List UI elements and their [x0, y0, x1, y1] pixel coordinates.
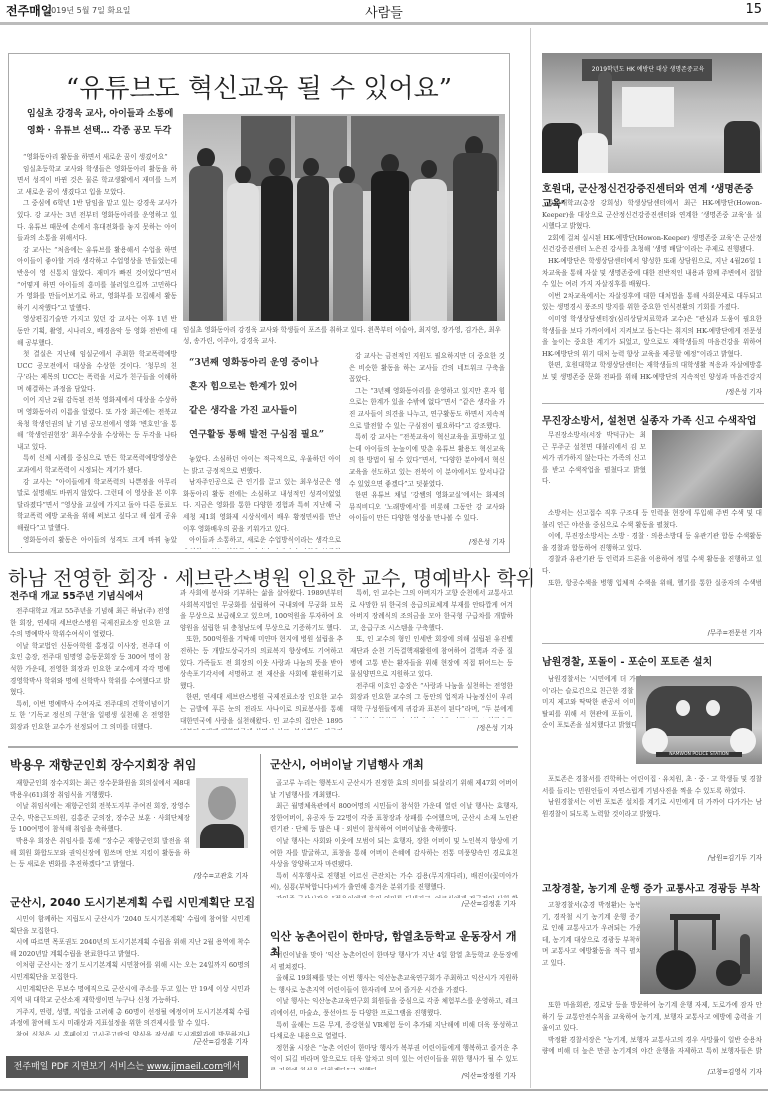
column-divider [260, 754, 261, 1089]
lead-subhead-1: 임실초 강경욱 교사, 아이들과 소통에 [27, 106, 177, 123]
brief-iksan-byline: /익산=장정원 기자 [270, 1070, 516, 1080]
group-photo [183, 114, 505, 321]
right-story3-byline: /남원=김기두 기자 [542, 852, 762, 862]
second-subhead: 전주대 개교 55주년 기념식에서 [10, 588, 170, 605]
brief-parents-headline: 군산시, 어버이날 기념행사 개최 [270, 756, 520, 772]
lead-photo-caption: 임실초 영화동아리 강경욱 교사와 학생들이 포즈를 취하고 있다. 왼쪽부터 … [183, 325, 505, 347]
brief-plan-byline: /군산=김정훈 기자 [10, 1036, 248, 1046]
brief-parents-body: 골고루 누리는 행복도시 군산시가 진정한 효의 의미를 되살리기 위해 제47… [270, 778, 518, 898]
second-col2: 과 사회에 봉사와 기부하는 삶을 살아왔다. 1989년부터 사회복지법인 무… [180, 588, 343, 730]
bottom-rule [0, 1089, 768, 1091]
pdf-service-banner: 전주매일 PDF 지면보기 서비스는 www.jjmaeil.com에서 [6, 1056, 248, 1078]
section-divider [8, 746, 518, 748]
right-story2-body-narrow: 무진장소방서(서장 박덕규)는 최근 무주군 설천면 대불리에서 김 모씨가 귀… [542, 430, 646, 506]
right-story4-body: 또한 마을회관, 경로당 등을 방문하여 농기계 운행 자제, 도로가에 잠자 … [542, 1000, 762, 1058]
second-headline: 하남 전영한 회장 · 세브란스병원 인요한 교수, 명예박사 학위 [8, 562, 523, 591]
page-number: 15 [745, 2, 762, 17]
brief-park-byline: /장수=고관호 기자 [10, 870, 248, 880]
section-title: 사람들 [6, 2, 762, 21]
lead-headline: “유튜브도 혁신교육 될 수 있어요” [9, 68, 509, 105]
second-col3: 특히, 인 교수는 그의 아버지가 고향 순천에서 교통사고로 사망한 뒤 한국… [350, 588, 513, 718]
second-byline: /정은성 기자 [350, 722, 513, 732]
right-story4-byline: /고창=김영식 기자 [542, 1066, 762, 1076]
lead-col3: 강 교사는 금전적인 지원도 필요하지만 더 중요한 것은 비슷한 활동을 하는… [349, 351, 505, 531]
right-column-divider [530, 28, 531, 1088]
right-story3-body: 포토존은 경찰서를 견학하는 어린이집 · 유치원, 초 · 중 · 고 학생들… [542, 774, 762, 840]
right-story1-body: 호원대학교(총장 강희성) 학생상담센터에서 최근 HK-예방단(Howon-K… [542, 198, 762, 384]
right-story4-body-narrow: 고창경찰서(총경 박정환)는 농번기, 경작철 시기 농기계 운행 증가로 인해… [542, 900, 642, 1000]
right-divider-1 [542, 403, 764, 404]
lead-subheads: 임실초 강경욱 교사, 아이들과 소통에 영화 · 유튜브 선택… 각종 공모 … [27, 106, 177, 140]
lead-col2: 놓았다. 소심하던 아이는 적극적으로, 우울하던 아이는 밝고 긍정적으로 변… [183, 454, 341, 549]
right-story3-body-narrow: 남원경찰서는 ‘시민에게 더 가까이’라는 슬로건으로 친근한 경찰 이미지 제… [542, 674, 642, 774]
brief-parents-byline: /군산=김정훈 기자 [270, 898, 516, 908]
park-portrait-photo [196, 778, 248, 848]
search-area-photo [652, 430, 762, 508]
lead-subhead-2: 영화 · 유튜브 선택… 각종 공모 두각 [27, 123, 177, 140]
website-link[interactable]: www.jjmaeil.com [147, 1062, 223, 1072]
right-story2-headline: 무진장소방서, 설천면 실종자 가족 신고 수색작업 [542, 412, 766, 427]
right-story2-body: 소방서는 신고접수 직후 구조대 등 인력을 현장에 투입해 주변 수색 및 대… [542, 508, 762, 586]
brief-plan-body: 시민이 함께하는 지립도시 군산시가 ‘2040 도시기본계획’ 수립에 참여할… [10, 914, 250, 1036]
lead-story: “유튜브도 혁신교육 될 수 있어요” 임실초 강경욱 교사, 아이들과 소통에… [8, 53, 510, 553]
lead-pullquote: “3년째 영화동아리 운영 중이나 혼자 힘으로는 한계가 있어 같은 생각을 … [189, 351, 349, 447]
masthead: 전주매일 2019년 5월 7일 화요일 사람들 15 [6, 2, 762, 22]
right-story1-byline: /정은성 기자 [542, 386, 762, 396]
second-col1: 전주대학교 개교 55주년을 기념해 최근 하남(주) 전영한 회장, 연세대 … [10, 606, 170, 730]
brief-park-headline: 박용우 재향군인회 장수지회장 취임 [10, 756, 260, 773]
brief-iksan-body: 어린이날을 맞아 ‘익산 농촌어린이 한마당 행사’가 지난 4일 함열 초등학… [270, 950, 518, 1070]
right-story4-headline: 고창경찰, 농기계 운행 증가 교통사고 경광등 부착 [542, 880, 766, 895]
right-story2-byline: /무주=전문선 기자 [542, 627, 762, 637]
police-station-label: NAMWON POLICE STATION [656, 752, 742, 757]
right-divider-2 [542, 643, 764, 644]
brief-plan-headline: 군산시, 2040 도시기본계획 수립 시민계획단 모집 [10, 894, 260, 910]
education-session-photo: 2019학년도 HK 예방단 대상 생명존중교육 [542, 53, 762, 173]
lead-col1: “영화동아리 활동을 하면서 새로운 꿈이 생겼어요” 임실초등학교 교사와 학… [17, 152, 177, 548]
right-story3-headline: 남원경찰, 포돌이 - 포순이 포토존 설치 [542, 653, 766, 668]
police-photozone-photo: NAMWON POLICE STATION [636, 676, 762, 764]
lead-byline: /정은성 기자 [349, 536, 505, 546]
masthead-rule [0, 22, 768, 25]
tractor-photo [640, 896, 762, 994]
brief-park-body: 재향군인회 장수지회는 최근 장수문화원을 회의실에서 제8대 박용우(61)회… [10, 778, 190, 868]
